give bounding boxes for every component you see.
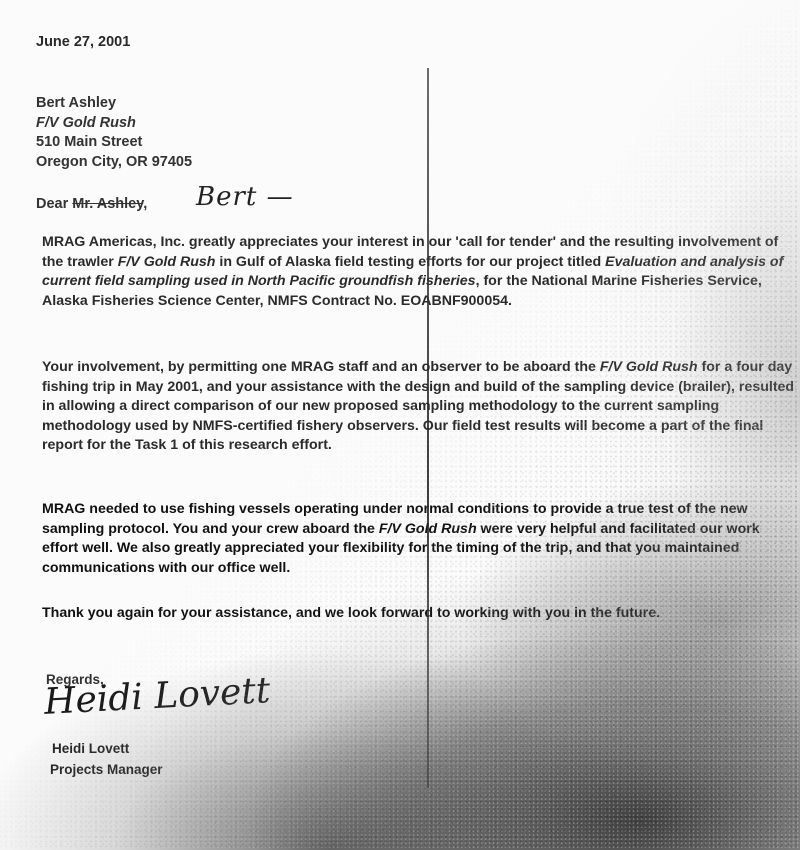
recipient-vessel: F/V Gold Rush [36, 114, 192, 134]
signer-name: Heidi Lovett [52, 741, 129, 756]
salutation-prefix: Dear [36, 196, 72, 212]
body-paragraph-4: Thank you again for your assistance, and… [42, 604, 797, 624]
letter-date: June 27, 2001 [36, 34, 130, 50]
salutation: Dear Mr. Ashley, [36, 196, 147, 212]
salutation-suffix: , [143, 196, 147, 212]
scanned-letter: June 27, 2001 Bert Ashley F/V Gold Rush … [0, 0, 800, 850]
paragraph-text-run: Your involvement, by permitting one MRAG… [42, 359, 600, 375]
recipient-street: 510 Main Street [36, 133, 192, 153]
body-paragraph-2: Your involvement, by permitting one MRAG… [42, 358, 797, 456]
recipient-city-state-zip: Oregon City, OR 97405 [36, 153, 192, 173]
recipient-name: Bert Ashley [36, 94, 192, 114]
recipient-address-block: Bert Ashley F/V Gold Rush 510 Main Stree… [36, 94, 192, 172]
paragraph-text-run: F/V Gold Rush [118, 254, 216, 270]
paragraph-text-run: Thank you again for your assistance, and… [42, 605, 660, 621]
paragraph-text-run: F/V Gold Rush [600, 359, 698, 375]
handwritten-salutation: Bert — [196, 182, 294, 212]
paragraph-text-run: in Gulf of Alaska field testing efforts … [215, 254, 605, 270]
salutation-struck-name: Mr. Ashley [72, 196, 143, 212]
scan-fold-line [427, 68, 429, 788]
body-paragraph-3: MRAG needed to use fishing vessels opera… [42, 500, 797, 578]
body-paragraph-1: MRAG Americas, Inc. greatly appreciates … [42, 233, 797, 311]
signer-title: Projects Manager [50, 762, 163, 777]
